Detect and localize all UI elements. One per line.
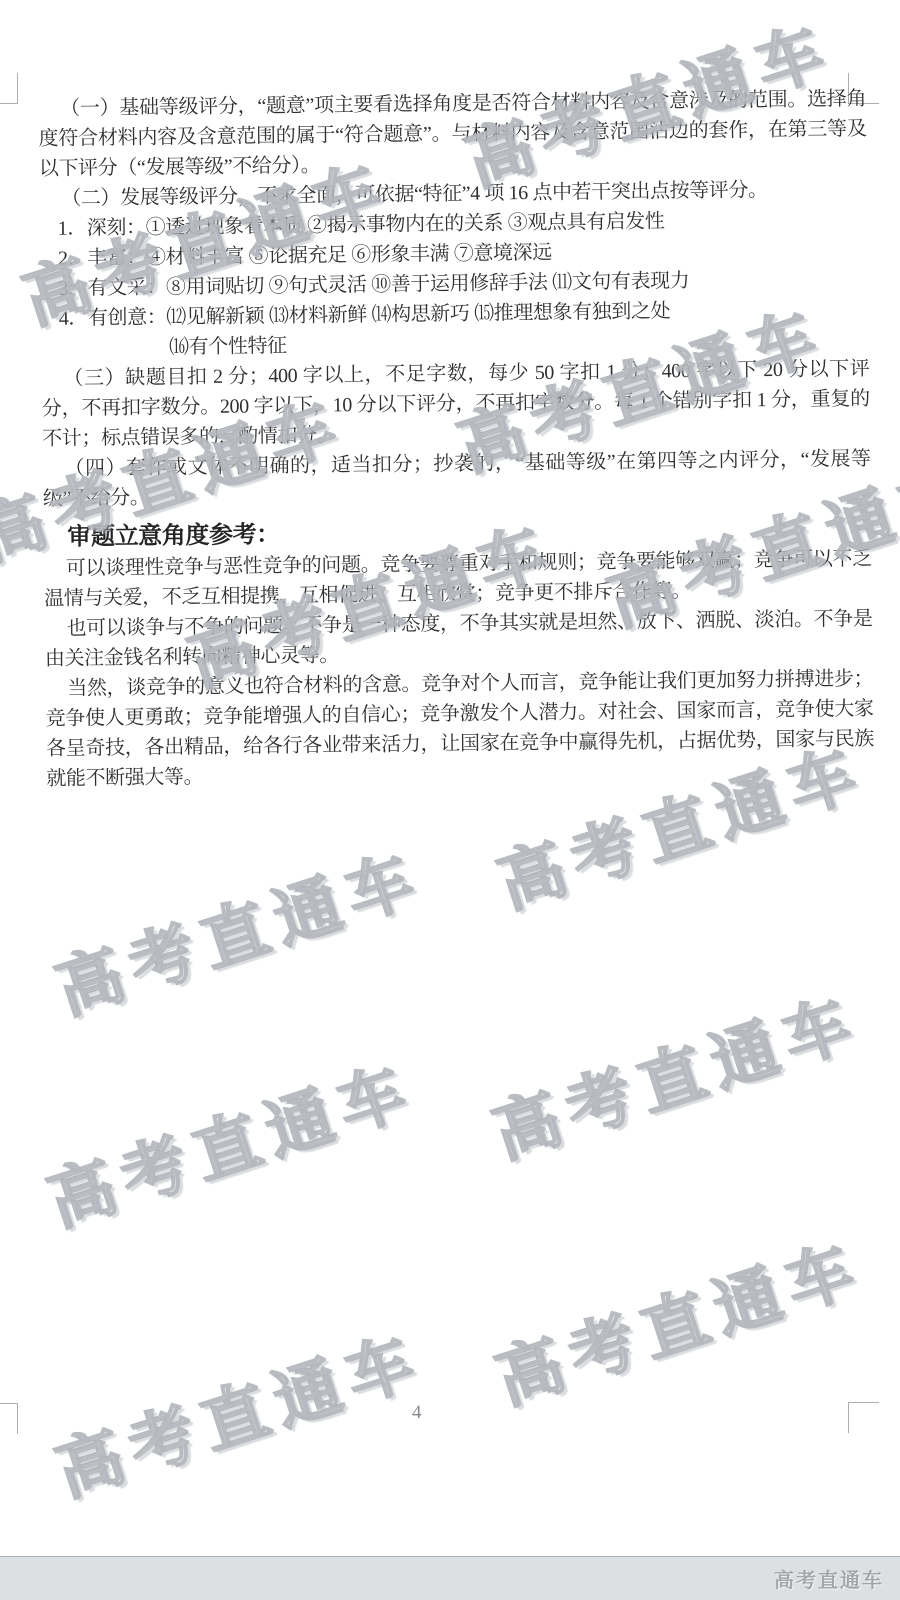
watermark-text: 高考直通车 bbox=[483, 1214, 874, 1422]
paragraph-deductions: （三）缺题目扣 2 分；400 字以上，不足字数，每少 50 字扣 1 分；40… bbox=[41, 354, 870, 454]
paragraph-angle-1: 可以谈理性竞争与恶性竞争的问题。竞争要尊重对手和规则；竞争要能够双赢；竞争可以不… bbox=[44, 544, 873, 614]
scanned-document-page: 高考直通车 高考直通车 高考直通车 高考直通车 高考直通车 高考直通车 高考直通… bbox=[0, 0, 900, 1600]
scan-area: 高考直通车 高考直通车 高考直通车 高考直通车 高考直通车 高考直通车 高考直通… bbox=[0, 0, 900, 1600]
corner-mark-top-left bbox=[0, 73, 18, 104]
footer-bar: 高考直通车 bbox=[0, 1556, 900, 1600]
page-number: 4 bbox=[412, 1402, 422, 1424]
corner-mark-bottom-right bbox=[848, 1402, 879, 1433]
paragraph-basic-grade: （一）基础等级评分，“题意”项主要看选择角度是否符合材料内容及含意涉及的范围。选… bbox=[38, 84, 867, 184]
footer-brand: 高考直通车 bbox=[774, 1564, 884, 1593]
document-text: （一）基础等级评分，“题意”项主要看选择角度是否符合材料内容及含意涉及的范围。选… bbox=[38, 84, 874, 794]
watermark-text: 高考直通车 bbox=[43, 1306, 434, 1514]
corner-mark-bottom-left bbox=[0, 1403, 18, 1434]
watermark-text: 高考直通车 bbox=[35, 1036, 426, 1244]
paragraph-angle-3: 当然，谈竞争的意义也符合材料的含意。竞争对个人而言，竞争能让我们更加努力拼搏进步… bbox=[45, 664, 874, 794]
paragraph-plagiarism: （四）套作或文体不明确的，适当扣分；抄袭的，“基础等级”在第四等之内评分，“发展… bbox=[42, 444, 871, 514]
paragraph-angle-2: 也可以谈争与不争的问题。不争是一种态度，不争其实就是坦然、放下、洒脱、淡泊。不争… bbox=[44, 604, 873, 674]
watermark-text: 高考直通车 bbox=[43, 824, 434, 1032]
watermark-text: 高考直通车 bbox=[480, 968, 871, 1176]
